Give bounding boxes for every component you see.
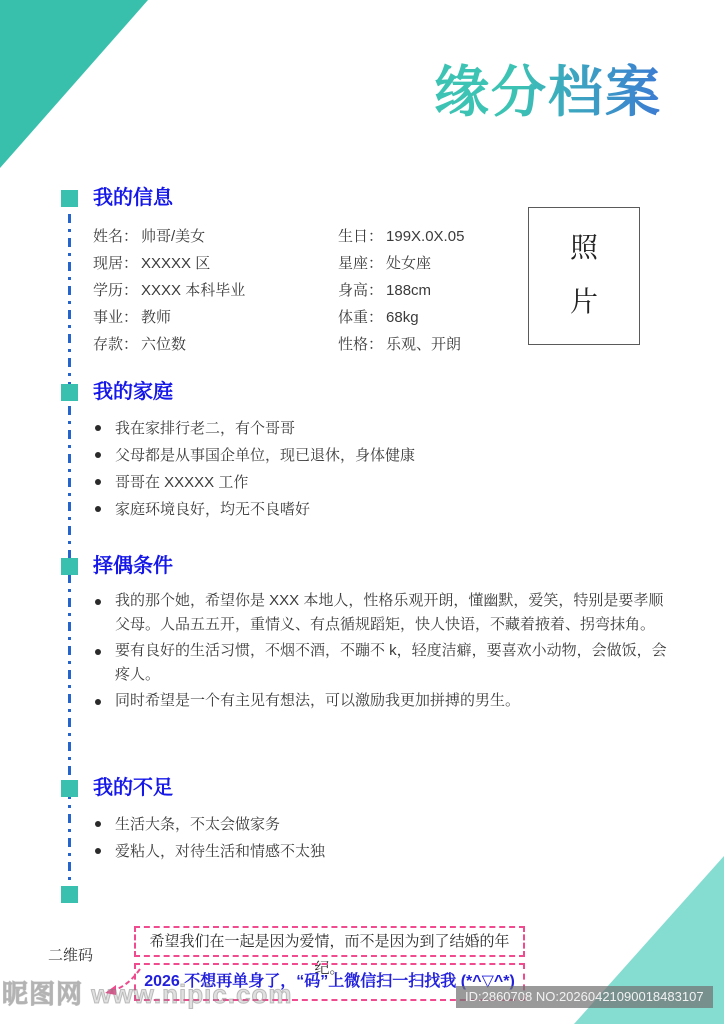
dating-profile-page: 缘分档案 我的信息 姓名：帅哥/美女 现居：XXXXX 区 学历：XXXX 本科… [0, 0, 724, 1024]
bullet-icon [95, 506, 101, 512]
section-heading: 我的信息 [93, 188, 173, 208]
list-item: 我在家排行老二，有个哥哥 [93, 415, 667, 442]
field-value: 教师 [141, 309, 171, 326]
field-education: 学历：XXXX 本科毕业 [93, 277, 338, 304]
section-my-shortcomings: 我的不足 生活大条，不太会做家务 爱粘人，对待生活和情感不太独 [61, 778, 667, 865]
list-item: 家庭环境良好，均无不良嗜好 [93, 496, 667, 523]
stock-id-watermark: ID:2860708 NO:20260421090018483107 [456, 986, 713, 1008]
quote-box: 希望我们在一起是因为爱情，而不是因为到了结婚的年纪。 [134, 926, 525, 957]
field-value: 帅哥/美女 [141, 228, 205, 245]
section-marker-square [61, 190, 78, 207]
list-item: 要有良好的生活习惯，不烟不酒，不蹦不 k，轻度洁癖，要喜欢小动物，会做饭，会疼人… [93, 639, 667, 689]
bullet-icon [95, 599, 101, 605]
section-heading: 我的家庭 [93, 382, 173, 402]
section-marker-square [61, 558, 78, 575]
field-personality: 性格：乐观、开朗 [338, 331, 464, 358]
field-value: 199X.0X.05 [386, 228, 464, 245]
field-height: 身高：188cm [338, 277, 464, 304]
stock-site-watermark: 昵图网 www.nipic.com [2, 974, 293, 1011]
list-item: 生活大条，不太会做家务 [93, 811, 667, 838]
field-name: 姓名：帅哥/美女 [93, 223, 338, 250]
list-item: 我的那个她，希望你是 XXX 本地人，性格乐观开朗，懂幽默，爱笑，特别是要孝顺父… [93, 589, 667, 639]
bullet-icon [95, 821, 101, 827]
field-birthday: 生日：199X.0X.05 [338, 223, 464, 250]
bullet-icon [95, 649, 101, 655]
qr-code-label: 二维码 [48, 944, 93, 965]
section-my-family: 我的家庭 我在家排行老二，有个哥哥 父母都是从事国企单位，现已退休，身体健康 哥… [61, 382, 667, 523]
list-item: 哥哥在 XXXXX 工作 [93, 469, 667, 496]
bullet-icon [95, 425, 101, 431]
photo-char: 照 [570, 235, 598, 263]
field-value: 六位数 [141, 336, 186, 353]
field-value: XXXXX 区 [141, 255, 210, 272]
field-value: 乐观、开朗 [386, 336, 461, 353]
bullet-icon [95, 848, 101, 854]
list-item: 爱粘人，对待生活和情感不太独 [93, 838, 667, 865]
section-heading: 我的不足 [93, 778, 173, 798]
field-value: 188cm [386, 282, 431, 299]
bullet-icon [95, 479, 101, 485]
section-partner-criteria: 择偶条件 我的那个她，希望你是 XXX 本地人，性格乐观开朗，懂幽默，爱笑，特别… [61, 556, 667, 716]
list-item: 父母都是从事国企单位，现已退休，身体健康 [93, 442, 667, 469]
photo-placeholder-box: 照 片 [528, 207, 640, 345]
photo-char: 片 [570, 289, 598, 317]
field-career: 事业：教师 [93, 304, 338, 331]
page-title: 缘分档案 [434, 48, 662, 127]
field-residence: 现居：XXXXX 区 [93, 250, 338, 277]
list-item: 同时希望是一个有主见有想法，可以激励我更加拼搏的男生。 [93, 689, 667, 716]
section-heading: 择偶条件 [93, 556, 173, 576]
section-marker-square [61, 384, 78, 401]
field-value: XXXX 本科毕业 [141, 282, 245, 299]
field-value: 处女座 [386, 255, 431, 272]
field-zodiac: 星座：处女座 [338, 250, 464, 277]
field-value: 68kg [386, 309, 419, 326]
bullet-icon [95, 452, 101, 458]
section-marker-square [61, 886, 78, 903]
corner-triangle-top-left [0, 0, 148, 168]
bullet-icon [95, 699, 101, 705]
section-marker-square [61, 780, 78, 797]
field-savings: 存款：六位数 [93, 331, 338, 358]
field-weight: 体重：68kg [338, 304, 464, 331]
